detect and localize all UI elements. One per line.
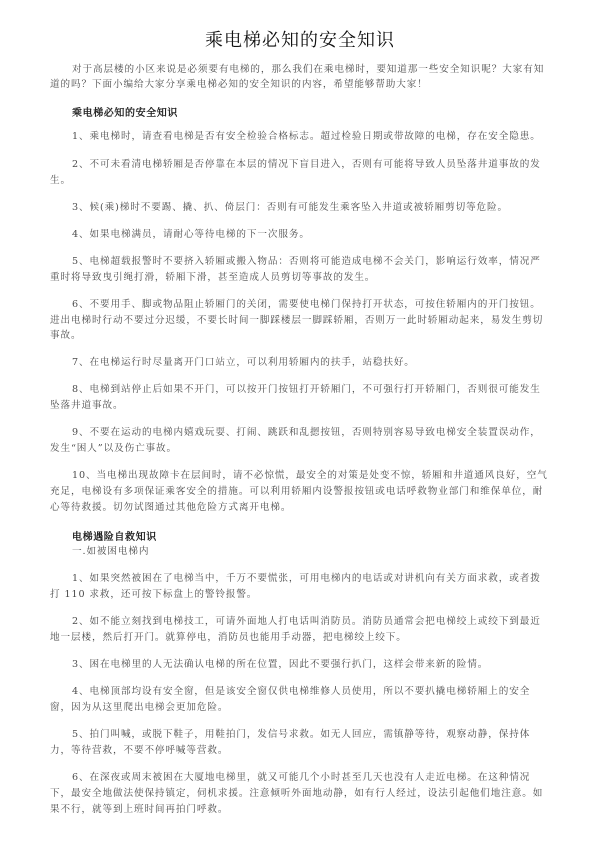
list-item-cont: 下，最安全地做法使保持镇定，伺机求援。注意倾听外面地动静，如有行人经过，设法引起… [50, 788, 550, 800]
list-item-cont: 坠落井道事故。 [50, 400, 550, 412]
list-item: 4、如果电梯满员，请耐心等待电梯的下一次服务。 [72, 229, 572, 241]
list-item: 2、不可未看清电梯轿厢是否停靠在本层的情况下盲目进入，否则有可能将导致人员坠落井… [72, 159, 572, 171]
list-item-cont: 发生“困人”以及伤亡事故。 [50, 443, 550, 455]
list-item-cont: 窗，因为从这里爬出电梯会更加危险。 [50, 702, 550, 714]
list-item: 10、当电梯出现故障卡在层间时，请不必惊慌，最安全的对策是处变不惊，轿厢和井道通… [72, 470, 572, 482]
list-item: 8、电梯到站停止后如果不开门，可以按开门按钮打开轿厢门，不可强行打开轿厢门，否则… [72, 384, 572, 396]
list-item: 6、不要用手、脚或物品阻止轿厢门的关闭，需要使电梯门保持打开状态，可按住轿厢内的… [72, 299, 572, 311]
list-item-cont: 打 110 求救，还可按下标盘上的警铃报警。 [50, 589, 550, 601]
list-item: 5、电梯超载报警时不要挤入轿厢或搬入物品：否则将可能造成电梯不会关门，影响运行效… [72, 256, 572, 268]
intro-line: 道的吗？下面小编给大家分享乘电梯必知的安全知识的内容，希望能够帮助大家！ [50, 79, 550, 91]
list-item: 9、不要在运动的电梯内嬉戏玩耍、打闹、跳跃和乱摁按钮，否则特别容易导致电梯安全装… [72, 427, 572, 439]
list-item-cont: 地一层楼，然后打开门。就算停电，消防员也能用手动器，把电梯绞上绞下。 [50, 632, 550, 644]
list-item: 3、困在电梯里的人无法确认电梯的所在位置，因此不要强行扒门，这样会带来新的险情。 [72, 659, 572, 671]
list-item: 3、候(乘)梯时不要踢、撬、扒、倚层门：否则有可能发生乘客坠入井道或被轿厢剪切等… [72, 202, 572, 214]
list-item: 5、拍门叫喊，或脱下鞋子，用鞋拍门，发信号求救。如无人回应，需镇静等待，观察动静… [72, 729, 572, 741]
list-item-cont: 生。 [50, 175, 550, 187]
list-item-cont: 充足，电梯设有多项保证乘客安全的措施。可以利用轿厢内设警报按钮或电话呼救物业部门… [50, 486, 550, 498]
sub-heading: 一.如被困电梯内 [72, 546, 572, 558]
list-item: 4、电梯顶部均设有安全窗，但是该安全窗仅供电梯维修人员使用，所以不要扒撬电梯轿厢… [72, 686, 572, 698]
list-item-cont: 进出电梯时行动不要过分迟缓，不要长时间一脚踩楼层一脚踩轿厢，否则万一此时轿厢动起… [50, 315, 550, 327]
section-heading: 电梯遇险自救知识 [72, 528, 157, 543]
list-item-cont: 事故。 [50, 330, 550, 342]
list-item-cont: 力，等待营救，不要不停呼喊等营救。 [50, 745, 550, 757]
list-item: 6、在深夜或周末被困在大厦地电梯里，就又可能几个小时甚至几天也没有人走近电梯。在… [72, 772, 572, 784]
intro-line: 对于高层楼的小区来说是必须要有电梯的，那么我们在乘电梯时，要知道那一些安全知识呢… [72, 64, 572, 76]
list-item-cont: 重时将导致曳引绳打滑，轿厢下滑，甚至造成人员剪切等事故的发生。 [50, 272, 550, 284]
section-heading: 乘电梯必知的安全知识 [72, 104, 178, 119]
list-item-cont: 果不行，就等到上班时间再拍门呼救。 [50, 804, 550, 816]
list-item: 1、乘电梯时，请查看电梯是否有安全检验合格标志。超过检验日期或带故障的电梯，存在… [72, 131, 572, 143]
list-item: 2、如不能立刻找到电梯技工，可请外面地人打电话叫消防员。消防员通常会把电梯绞上或… [72, 616, 572, 628]
list-item: 7、在电梯运行时尽量离开门口站立，可以利用轿厢内的扶手，站稳扶好。 [72, 357, 572, 369]
page-title: 乘电梯必知的安全知识 [0, 26, 600, 52]
list-item-cont: 心等待救援。切勿试图通过其他危险方式离开电梯。 [50, 502, 550, 514]
list-item: 1、如果突然被困在了电梯当中，千万不要慌张，可用电梯内的电话或对讲机向有关方面求… [72, 573, 572, 585]
